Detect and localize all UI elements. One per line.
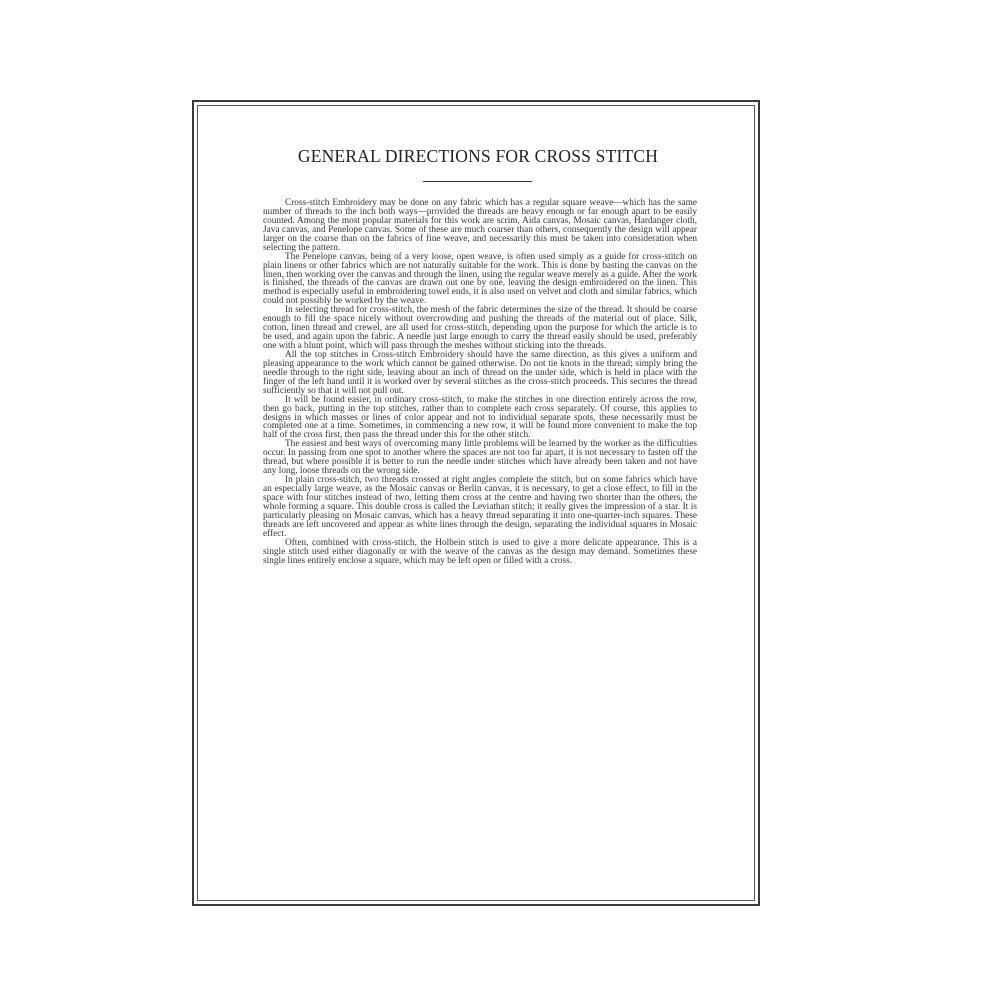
paragraph: Often, combined with cross-stitch, the H… xyxy=(263,539,697,566)
paragraph: In plain cross-stitch, two threads cross… xyxy=(263,476,697,539)
body-text: Cross-stitch Embroidery may be done on a… xyxy=(263,199,697,565)
title-divider xyxy=(423,181,532,182)
page-title: GENERAL DIRECTIONS FOR CROSS STITCH xyxy=(200,146,756,167)
paragraph: Cross-stitch Embroidery may be done on a… xyxy=(263,199,697,253)
paragraph: The Penelope canvas, being of a very loo… xyxy=(263,253,697,307)
paragraph: It will be found easier, in ordinary cro… xyxy=(263,396,697,441)
paragraph: The easiest and best ways of overcoming … xyxy=(263,440,697,476)
paragraph: In selecting thread for cross-stitch, th… xyxy=(263,306,697,351)
paragraph: All the top stitches in Cross-stitch Emb… xyxy=(263,351,697,396)
